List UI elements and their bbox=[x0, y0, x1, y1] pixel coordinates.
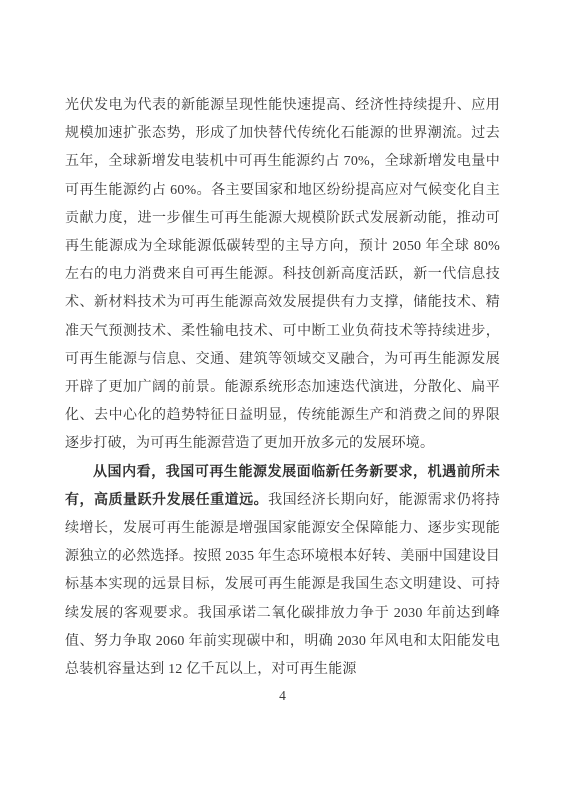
paragraph-text: 光伏发电为代表的新能源呈现性能快速提高、经济性持续提升、应用规模加速扩张态势，形… bbox=[65, 98, 500, 451]
page-number: 4 bbox=[65, 685, 500, 707]
paragraph-domestic-outlook: 从国内看，我国可再生能源发展面临新任务新要求，机遇前所未有，高质量跃升发展任重道… bbox=[65, 459, 500, 685]
paragraph-global-trends: 光伏发电为代表的新能源呈现性能快速提高、经济性持续提升、应用规模加速扩张态势，形… bbox=[65, 92, 500, 459]
document-page: 光伏发电为代表的新能源呈现性能快速提高、经济性持续提升、应用规模加速扩张态势，形… bbox=[0, 0, 566, 800]
paragraph-body-text: 我国经济长期向好，能源需求仍将持续增长，发展可再生能源是增强国家能源安全保障能力… bbox=[65, 493, 500, 677]
